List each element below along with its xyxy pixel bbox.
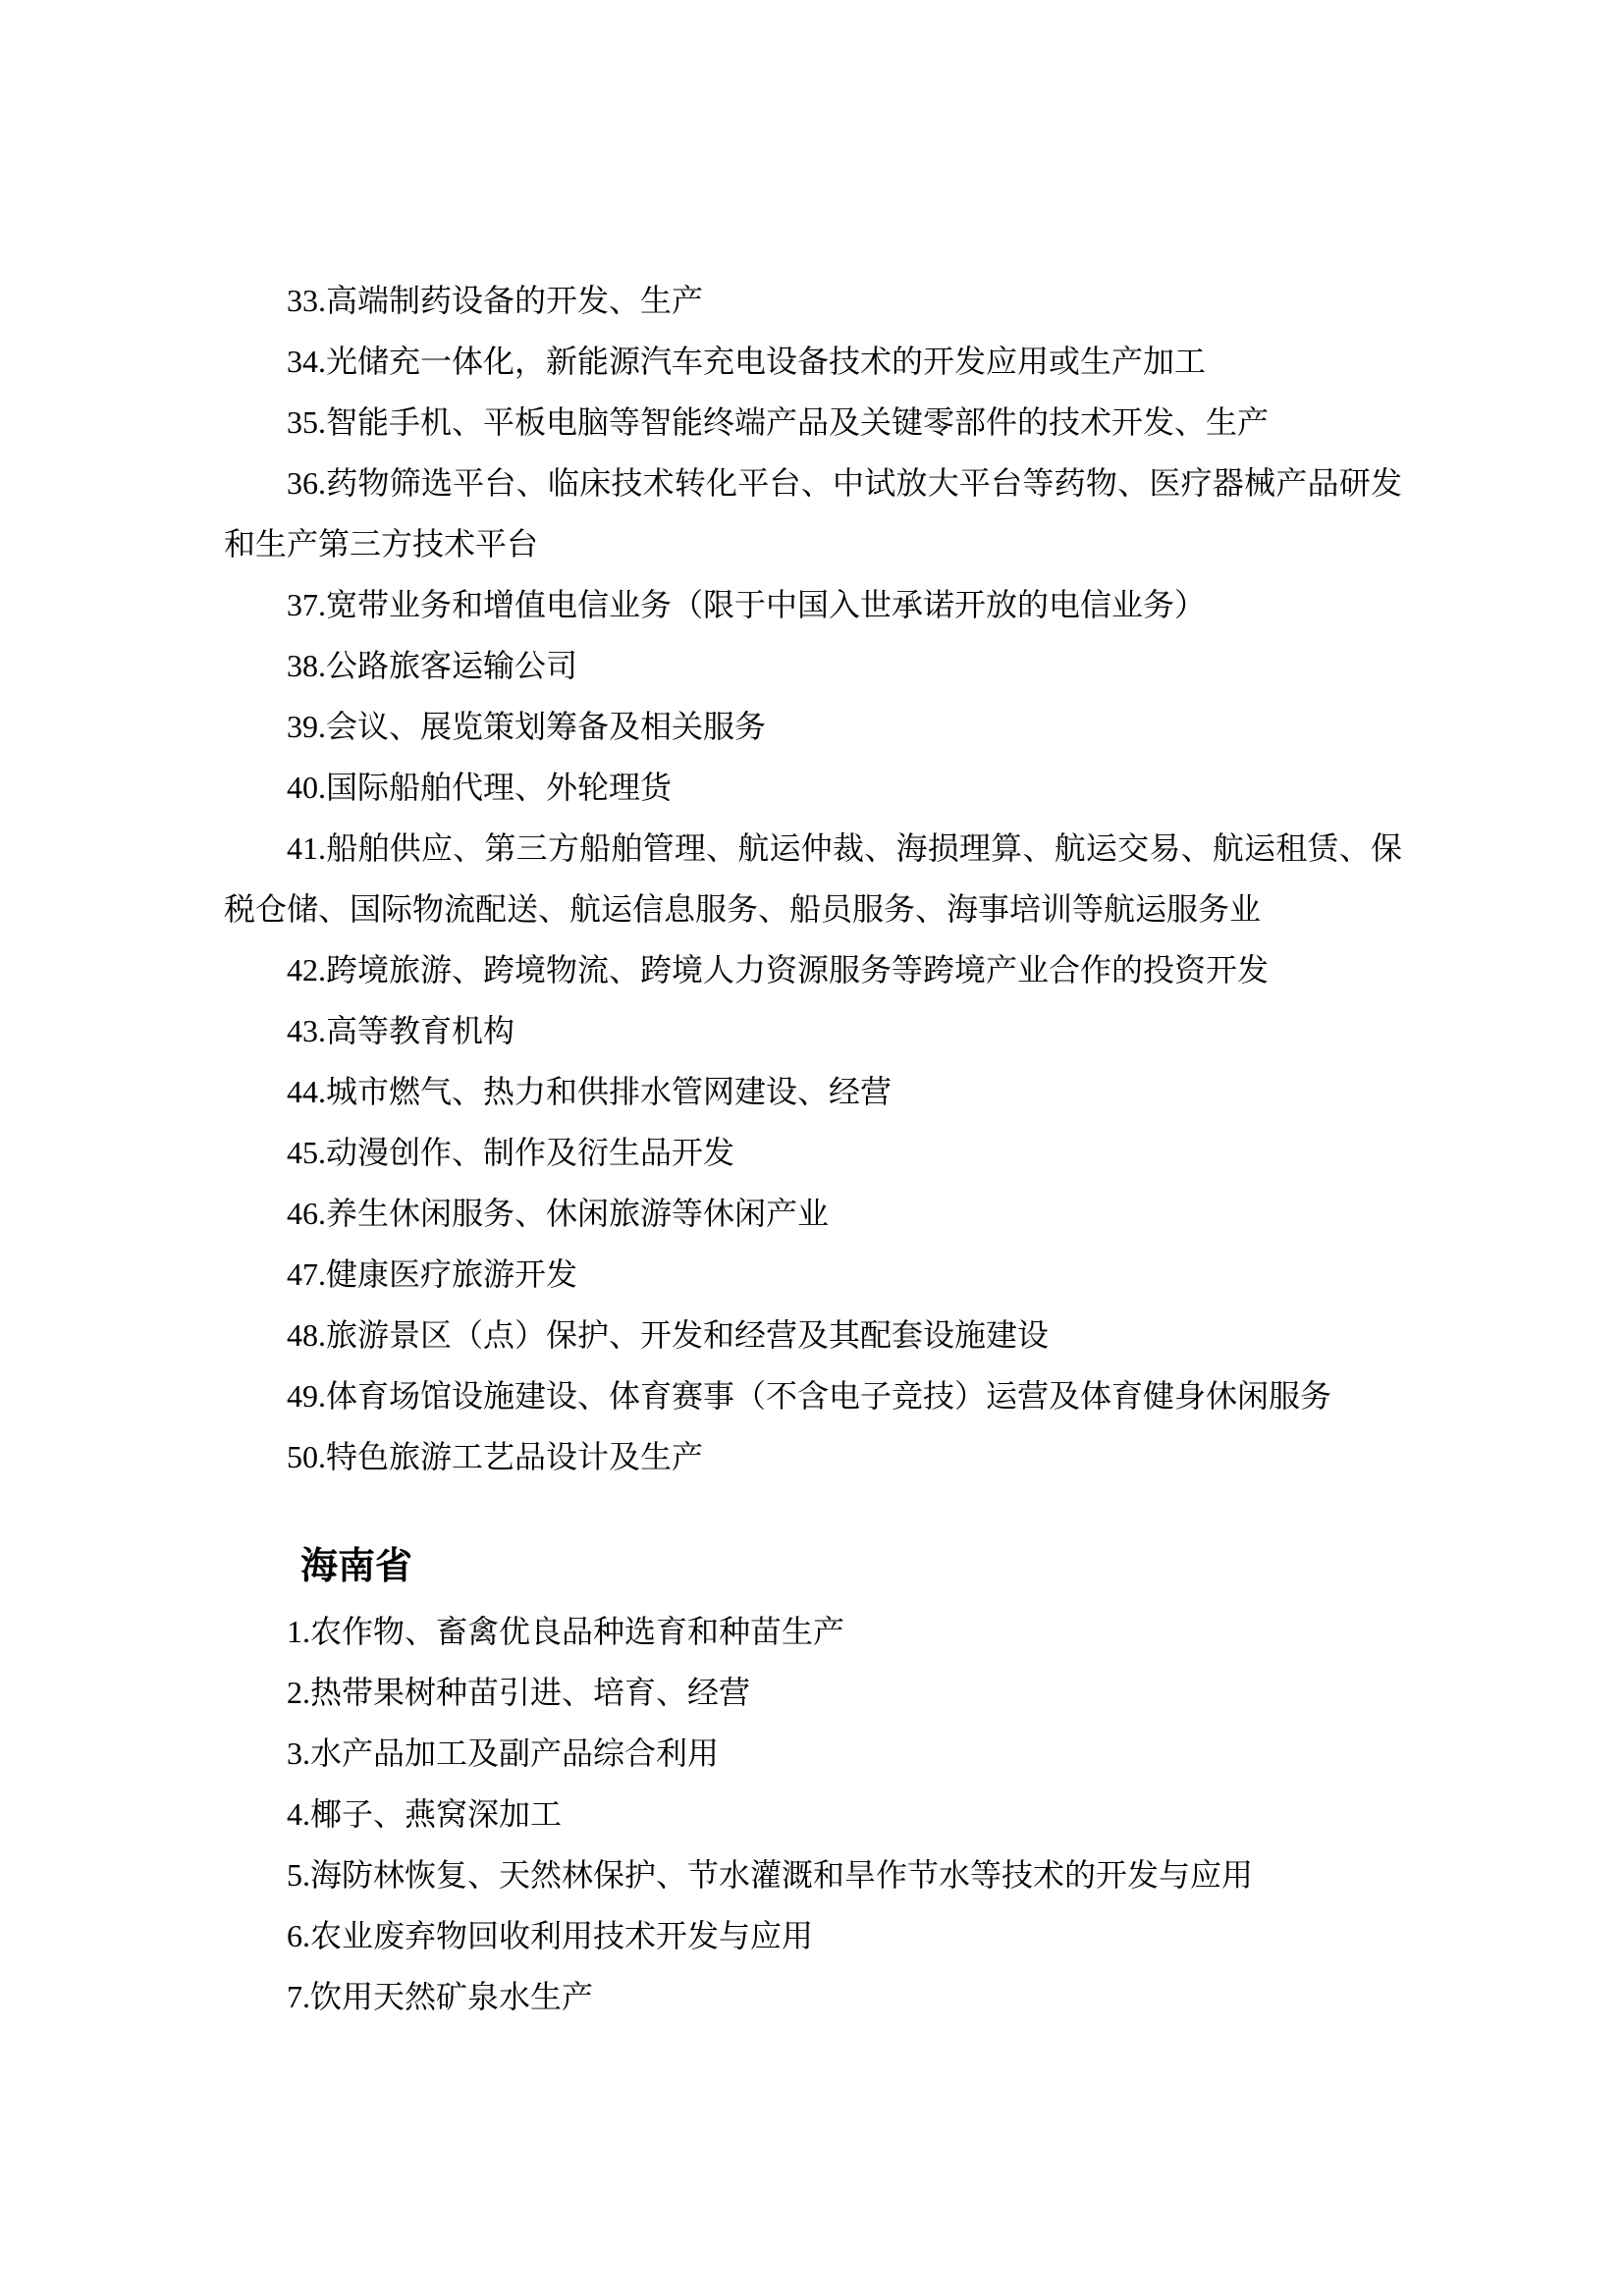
item-text: 健康医疗旅游开发 xyxy=(326,1256,577,1292)
item-number: 34. xyxy=(287,344,326,379)
list-item: 48.旅游景区（点）保护、开发和经营及其配套设施建设 xyxy=(224,1305,1402,1365)
list-item: 1.农作物、畜禽优良品种选育和种苗生产 xyxy=(224,1601,1402,1662)
item-text: 热带果树种苗引进、培育、经营 xyxy=(310,1675,750,1710)
item-text: 跨境旅游、跨境物流、跨境人力资源服务等跨境产业合作的投资开发 xyxy=(326,952,1269,988)
list-item: 39.会议、展览策划筹备及相关服务 xyxy=(224,696,1402,757)
list-item: 7.饮用天然矿泉水生产 xyxy=(224,1966,1402,2027)
list-item: 2.热带果树种苗引进、培育、经营 xyxy=(224,1662,1402,1723)
item-number: 7. xyxy=(287,1979,310,2014)
list-item: 36.药物筛选平台、临床技术转化平台、中试放大平台等药物、医疗器械产品研发和生产… xyxy=(224,453,1402,574)
item-number: 41. xyxy=(287,830,326,866)
item-number: 46. xyxy=(287,1196,326,1231)
item-text: 海防林恢复、天然林保护、节水灌溉和旱作节水等技术的开发与应用 xyxy=(310,1857,1253,1893)
item-number: 43. xyxy=(287,1013,326,1048)
item-text: 农业废弃物回收利用技术开发与应用 xyxy=(310,1918,813,1953)
item-text: 船舶供应、第三方船舶管理、航运仲裁、海损理算、航运交易、航运租赁、保税仓储、国际… xyxy=(224,830,1402,927)
item-number: 37. xyxy=(287,587,326,622)
item-number: 38. xyxy=(287,648,326,683)
item-text: 椰子、燕窝深加工 xyxy=(310,1796,562,1832)
item-text: 国际船舶代理、外轮理货 xyxy=(326,770,672,805)
item-number: 3. xyxy=(287,1735,310,1771)
item-number: 48. xyxy=(287,1317,326,1353)
list-item: 33.高端制药设备的开发、生产 xyxy=(224,270,1402,331)
document-body: 33.高端制药设备的开发、生产 34.光储充一体化，新能源汽车充电设备技术的开发… xyxy=(224,270,1402,2027)
item-text: 饮用天然矿泉水生产 xyxy=(310,1979,593,2014)
item-text: 高端制药设备的开发、生产 xyxy=(326,283,703,318)
item-number: 49. xyxy=(287,1378,326,1414)
item-number: 40. xyxy=(287,770,326,805)
item-number: 50. xyxy=(287,1439,326,1474)
list-item: 3.水产品加工及副产品综合利用 xyxy=(224,1723,1402,1784)
item-number: 42. xyxy=(287,952,326,988)
list-item: 5.海防林恢复、天然林保护、节水灌溉和旱作节水等技术的开发与应用 xyxy=(224,1844,1402,1905)
list-item: 43.高等教育机构 xyxy=(224,1000,1402,1061)
item-text: 城市燃气、热力和供排水管网建设、经营 xyxy=(326,1074,892,1109)
item-number: 45. xyxy=(287,1135,326,1170)
list-item: 45.动漫创作、制作及衍生品开发 xyxy=(224,1122,1402,1183)
list-item: 4.椰子、燕窝深加工 xyxy=(224,1784,1402,1844)
item-text: 药物筛选平台、临床技术转化平台、中试放大平台等药物、医疗器械产品研发和生产第三方… xyxy=(224,465,1402,561)
item-number: 36. xyxy=(287,465,326,501)
item-text: 水产品加工及副产品综合利用 xyxy=(310,1735,719,1771)
item-number: 5. xyxy=(287,1857,310,1893)
item-text: 农作物、畜禽优良品种选育和种苗生产 xyxy=(310,1614,844,1649)
list-item: 35.智能手机、平板电脑等智能终端产品及关键零部件的技术开发、生产 xyxy=(224,392,1402,453)
item-number: 35. xyxy=(287,404,326,440)
list-item: 37.宽带业务和增值电信业务（限于中国入世承诺开放的电信业务） xyxy=(224,574,1402,635)
item-text: 动漫创作、制作及衍生品开发 xyxy=(326,1135,734,1170)
item-text: 体育场馆设施建设、体育赛事（不含电子竞技）运营及体育健身休闲服务 xyxy=(326,1378,1331,1414)
item-text: 高等教育机构 xyxy=(326,1013,514,1048)
list-item: 41.船舶供应、第三方船舶管理、航运仲裁、海损理算、航运交易、航运租赁、保税仓储… xyxy=(224,818,1402,939)
list-item: 50.特色旅游工艺品设计及生产 xyxy=(224,1426,1402,1487)
item-number: 6. xyxy=(287,1918,310,1953)
list-item: 46.养生休闲服务、休闲旅游等休闲产业 xyxy=(224,1183,1402,1244)
list-item: 49.体育场馆设施建设、体育赛事（不含电子竞技）运营及体育健身休闲服务 xyxy=(224,1365,1402,1426)
document-page: 33.高端制药设备的开发、生产 34.光储充一体化，新能源汽车充电设备技术的开发… xyxy=(0,0,1624,2296)
item-text: 宽带业务和增值电信业务（限于中国入世承诺开放的电信业务） xyxy=(326,587,1206,622)
list-item: 44.城市燃气、热力和供排水管网建设、经营 xyxy=(224,1061,1402,1122)
item-text: 养生休闲服务、休闲旅游等休闲产业 xyxy=(326,1196,829,1231)
list-item: 42.跨境旅游、跨境物流、跨境人力资源服务等跨境产业合作的投资开发 xyxy=(224,939,1402,1000)
item-text: 智能手机、平板电脑等智能终端产品及关键零部件的技术开发、生产 xyxy=(326,404,1269,440)
item-number: 39. xyxy=(287,709,326,744)
item-number: 33. xyxy=(287,283,326,318)
section-heading-hainan: 海南省 xyxy=(224,1532,1402,1601)
item-number: 4. xyxy=(287,1796,310,1832)
item-text: 光储充一体化，新能源汽车充电设备技术的开发应用或生产加工 xyxy=(326,344,1206,379)
item-text: 会议、展览策划筹备及相关服务 xyxy=(326,709,766,744)
item-number: 2. xyxy=(287,1675,310,1710)
item-text: 旅游景区（点）保护、开发和经营及其配套设施建设 xyxy=(326,1317,1049,1353)
list-item: 38.公路旅客运输公司 xyxy=(224,635,1402,696)
list-item: 6.农业废弃物回收利用技术开发与应用 xyxy=(224,1905,1402,1966)
item-text: 特色旅游工艺品设计及生产 xyxy=(326,1439,703,1474)
item-text: 公路旅客运输公司 xyxy=(326,648,577,683)
list-item: 40.国际船舶代理、外轮理货 xyxy=(224,757,1402,818)
item-number: 44. xyxy=(287,1074,326,1109)
item-number: 47. xyxy=(287,1256,326,1292)
list-item: 47.健康医疗旅游开发 xyxy=(224,1244,1402,1305)
item-number: 1. xyxy=(287,1614,310,1649)
list-item: 34.光储充一体化，新能源汽车充电设备技术的开发应用或生产加工 xyxy=(224,331,1402,392)
